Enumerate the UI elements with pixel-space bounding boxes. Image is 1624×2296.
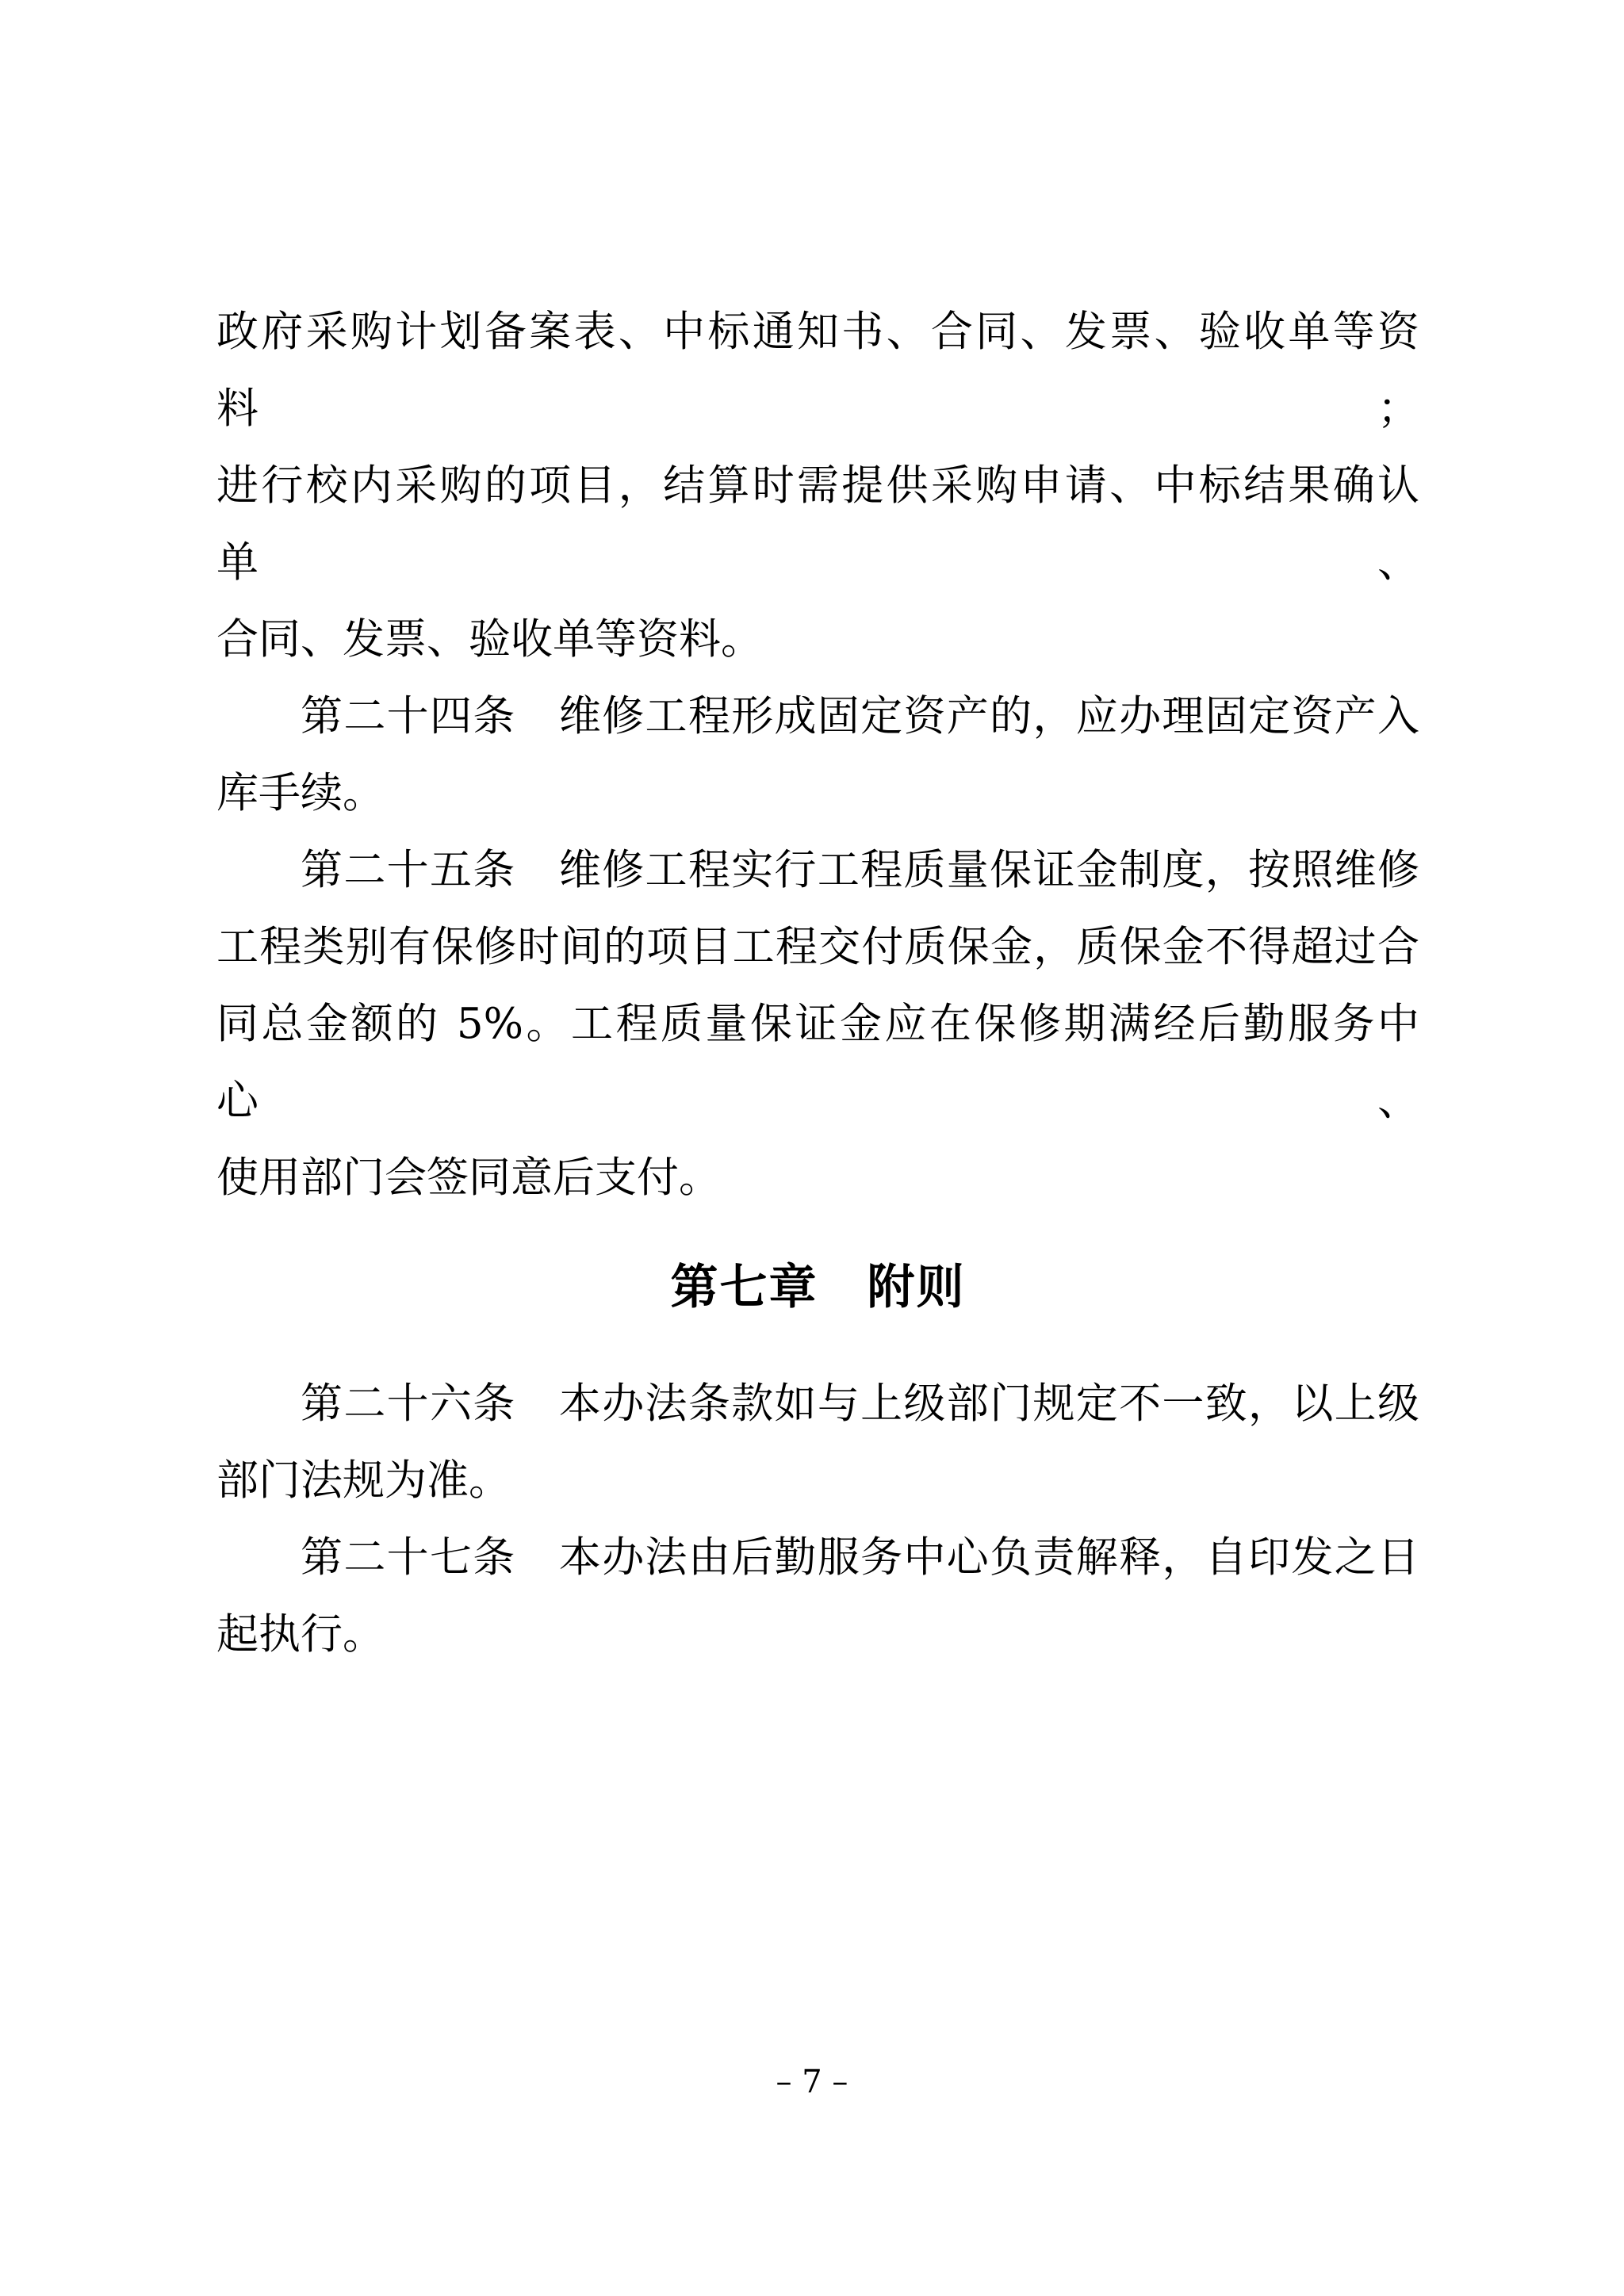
text-line: 第二十七条 本办法由后勤服务中心负责解释，自印发之日 (216, 1519, 1419, 1596)
text-line: 政府采购计划备案表、中标通知书、合同、发票、验收单等资料； (216, 293, 1419, 447)
document-page: 政府采购计划备案表、中标通知书、合同、发票、验收单等资料； 进行校内采购的项目，… (0, 0, 1624, 2296)
text-line: 进行校内采购的项目，结算时需提供采购申请、中标结果确认单、 (216, 447, 1419, 601)
text-line: 库手续。 (216, 755, 1419, 832)
text-line: 部门法规为准。 (216, 1442, 1419, 1519)
text-line: 合同、发票、验收单等资料。 (216, 601, 1419, 678)
text-line: 第二十六条 本办法条款如与上级部门规定不一致，以上级 (216, 1365, 1419, 1442)
page-number: – 7 – (0, 2063, 1624, 2101)
text-line: 工程类别有保修时间的项目工程交付质保金，质保金不得超过合 (216, 909, 1419, 985)
chapter-heading: 第七章 附则 (216, 1249, 1419, 1326)
text-line: 同总金额的 5%。工程质量保证金应在保修期满经后勤服务中心、 (216, 985, 1419, 1139)
text-line: 使用部门会签同意后支付。 (216, 1139, 1419, 1216)
text-line: 第二十五条 维修工程实行工程质量保证金制度，按照维修 (216, 832, 1419, 909)
document-body: 政府采购计划备案表、中标通知书、合同、发票、验收单等资料； 进行校内采购的项目，… (216, 293, 1419, 1673)
text-line: 第二十四条 维修工程形成固定资产的，应办理固定资产入 (216, 678, 1419, 755)
text-line: 起执行。 (216, 1596, 1419, 1673)
